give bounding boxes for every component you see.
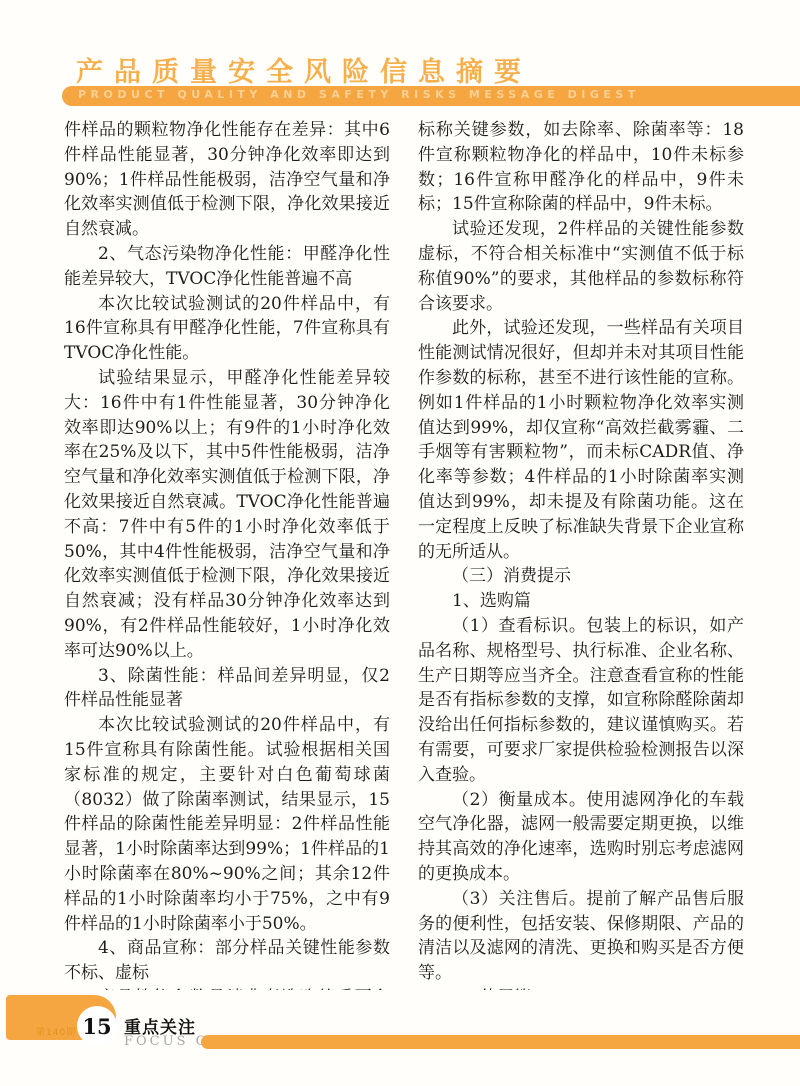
- paragraph: （三）消费提示: [418, 564, 744, 589]
- paragraph: 3、除菌性能：样品间差异明显，仅2件样品性能显著: [64, 664, 390, 714]
- page-subtitle-en: PRODUCT QUALITY AND SAFETY RISKS MESSAGE…: [78, 88, 640, 101]
- paragraph: （1）查看标识。包装上的标识，如产品名称、规格型号、执行标准、企业名称、生产日期…: [418, 614, 744, 788]
- paragraph: 4、商品宣称：部分样品关键性能参数不标、虚标: [64, 936, 390, 986]
- left-column: 件样品的颗粒物净化性能存在差异：其中6件样品性能显著，30分钟净化效率即达到90…: [64, 118, 390, 990]
- header-accent-bar: PRODUCT QUALITY AND SAFETY RISKS MESSAGE…: [62, 86, 800, 106]
- paragraph: （3）关注售后。提前了解产品售后服务的便利性，包括安装、保修期限、产品的清洁以及…: [418, 887, 744, 986]
- paragraph: 本次比较试验测试的20件样品中，有15件宣称具有除菌性能。试验根据相关国家标准的…: [64, 713, 390, 936]
- paragraph: （2）衡量成本。使用滤网净化的车载空气净化器，滤网一般需要定期更换，以维持其高效…: [418, 788, 744, 887]
- document-page: 产品质量安全风险信息摘要 PRODUCT QUALITY AND SAFETY …: [0, 0, 800, 1086]
- paragraph: 2、使用篇: [418, 986, 744, 990]
- paragraph: 商品性能参数是消费者选购的重要参考。本次比较试验发现，多数样品仅宣称具有某净化性…: [64, 986, 390, 990]
- page-number: 15: [82, 1014, 111, 1039]
- paragraph: 2、气态污染物净化性能：甲醛净化性能差异较大，TVOC净化性能普遍不高: [64, 242, 390, 292]
- footer-right-accent-bar: [201, 1035, 800, 1049]
- page-number-badge: 15: [77, 1006, 117, 1046]
- paragraph: 标称关键参数，如去除率、除菌率等：18件宣称颗粒物净化的样品中，10件未标参数；…: [418, 118, 744, 217]
- page-title: 产品质量安全风险信息摘要: [76, 50, 532, 89]
- issue-number-label: 第140期: [36, 1025, 76, 1038]
- paragraph: 此外，试验还发现，一些样品有关项目性能测试情况很好，但却并未对其项目性能作参数的…: [418, 316, 744, 564]
- paragraph: 试验还发现，2件样品的关键性能参数虚标，不符合相关标准中“实测值不低于标称值90…: [418, 217, 744, 316]
- paragraph: 件样品的颗粒物净化性能存在差异：其中6件样品性能显著，30分钟净化效率即达到90…: [64, 118, 390, 242]
- right-column: 标称关键参数，如去除率、除菌率等：18件宣称颗粒物净化的样品中，10件未标参数；…: [418, 118, 744, 990]
- paragraph: 试验结果显示，甲醛净化性能差异较大：16件中有1件性能显著，30分钟净化效率即达…: [64, 366, 390, 664]
- paragraph: 1、选购篇: [418, 589, 744, 614]
- paragraph: 本次比较试验测试的20件样品中，有16件宣称具有甲醛净化性能，7件宣称具有TVO…: [64, 292, 390, 366]
